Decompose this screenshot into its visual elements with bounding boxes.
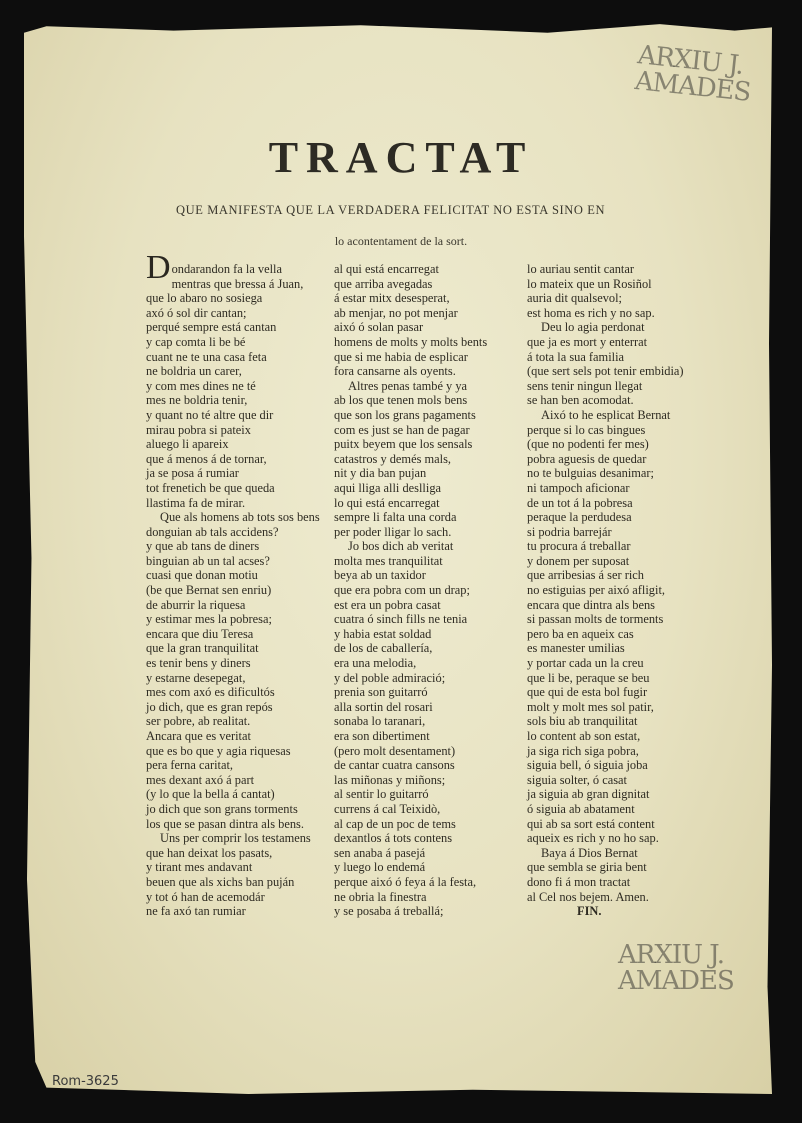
- verse-line: que arriba avegadas: [334, 277, 524, 292]
- verse-line: ni tampoch aficionar: [527, 481, 717, 496]
- verse-line: se han ben acomodat.: [527, 393, 717, 408]
- verse-line: nit y dia ban pujan: [334, 466, 524, 481]
- verse-line: que son los grans pagaments: [334, 408, 524, 423]
- verse-line: que arribesias á ser rich: [527, 568, 717, 583]
- verse-line: llastima fa de mirar.: [146, 496, 336, 511]
- verse-line: que qui de esta bol fugir: [527, 685, 717, 700]
- verse-line: pera ferna caritat,: [146, 758, 336, 773]
- verse-line: que ja es mort y enterrat: [527, 335, 717, 350]
- verse-line: ja siguia ab gran dignitat: [527, 787, 717, 802]
- verse-line: alla sortin del rosari: [334, 700, 524, 715]
- verse-line: lo content ab son estat,: [527, 729, 717, 744]
- verse-line: á estar mitx desesperat,: [334, 291, 524, 306]
- verse-line: lo auriau sentit cantar: [527, 262, 717, 277]
- verse-line: que es bo que y agia riquesas: [146, 744, 336, 759]
- stamp-line-2: AMADES: [618, 968, 734, 994]
- verse-line: mes dexant axó á part: [146, 773, 336, 788]
- verse-line: que li be, peraque se beu: [527, 671, 717, 686]
- verse-line: tot frenetich be que queda: [146, 481, 336, 496]
- verse-line: y del poble admiració;: [334, 671, 524, 686]
- verse-line: que sembla se giria bent: [527, 860, 717, 875]
- verse-line: y quant no té altre que dir: [146, 408, 336, 423]
- text-column-3: lo auriau sentit cantarlo mateix que un …: [527, 262, 717, 919]
- verse-line: si podria barrejár: [527, 525, 717, 540]
- verse-line: perque aixó ó feya á la festa,: [334, 875, 524, 890]
- verse-line: prenia son guitarró: [334, 685, 524, 700]
- verse-line: aixó ó solan pasar: [334, 320, 524, 335]
- stamp-line-1: ARXIU J.: [618, 942, 734, 968]
- verse-line: encara que dintra als bens: [527, 598, 717, 613]
- verse-line: al cap de un poc de tems: [334, 817, 524, 832]
- verse-line: Baya á Dios Bernat: [527, 846, 717, 861]
- verse-line: y habia estat soldad: [334, 627, 524, 642]
- verse-line: que á menos á de tornar,: [146, 452, 336, 467]
- verse-line: ab los que tenen mols bens: [334, 393, 524, 408]
- verse-line: ja siga rich siga pobra,: [527, 744, 717, 759]
- page-title: TRACTAT: [0, 132, 802, 183]
- verse-line: tu procura á treballar: [527, 539, 717, 554]
- verse-line: ó siguia ab abatament: [527, 802, 717, 817]
- verse-line: á tota la sua familia: [527, 350, 717, 365]
- verse-line: donguian ab tals accidens?: [146, 525, 336, 540]
- archive-stamp-top: ARXIU J. AMADES: [634, 42, 755, 106]
- verse-line: currens á cal Teixidò,: [334, 802, 524, 817]
- verse-line: Altres penas també y ya: [334, 379, 524, 394]
- verse-line: cuatra ó sinch fills ne tenia: [334, 612, 524, 627]
- verse-line: es tenir bens y diners: [146, 656, 336, 671]
- verse-line: catastros y demés mals,: [334, 452, 524, 467]
- verse-line: aluego li apareix: [146, 437, 336, 452]
- verse-line: pobra aguesis de quedar: [527, 452, 717, 467]
- verse-line: sen anaba á pasejá: [334, 846, 524, 861]
- verse-line: dono fi á mon tractat: [527, 875, 717, 890]
- verse-line: los que se pasan dintra als bens.: [146, 817, 336, 832]
- verse-line: era son dibertiment: [334, 729, 524, 744]
- archive-stamp-bottom: ARXIU J. AMADES: [618, 942, 734, 994]
- verse-line: lo qui está encarregat: [334, 496, 524, 511]
- verse-line: homens de molts y molts bents: [334, 335, 524, 350]
- verse-line: y tot ó han de acemodár: [146, 890, 336, 905]
- verse-line: ja se posa á rumiar: [146, 466, 336, 481]
- verse-line: per poder lligar lo sach.: [334, 525, 524, 540]
- verse-line: beuen que als xichs ban puján: [146, 875, 336, 890]
- verse-line: de los de caballería,: [334, 641, 524, 656]
- verse-line: lo mateix que un Rosiñol: [527, 277, 717, 292]
- verse-line: sols biu ab tranquilitat: [527, 714, 717, 729]
- drop-cap: D: [146, 254, 171, 282]
- verse-line: puitx beyem que los sensals: [334, 437, 524, 452]
- verse-line: siguia bell, ó siguia joba: [527, 758, 717, 773]
- verse-line: mentras que bressa á Juan,: [146, 277, 336, 292]
- verse-line: de un tot á la pobresa: [527, 496, 717, 511]
- verse-line: FIN.: [527, 904, 717, 919]
- text-column-2: al qui está encarregatque arriba avegada…: [334, 262, 524, 919]
- verse-line: y portar cada un la creu: [527, 656, 717, 671]
- verse-line: ab menjar, no pot menjar: [334, 306, 524, 321]
- verse-line: est era un pobra casat: [334, 598, 524, 613]
- verse-line: ser pobre, ab realitat.: [146, 714, 336, 729]
- verse-line: de aburrir la riquesa: [146, 598, 336, 613]
- verse-line: si passan molts de torments: [527, 612, 717, 627]
- catalog-number: Rom-3625: [52, 1074, 119, 1089]
- verse-line: binguian ab un tal acses?: [146, 554, 336, 569]
- verse-line: est homa es rich y no sap.: [527, 306, 717, 321]
- verse-line: encara que diu Teresa: [146, 627, 336, 642]
- verse-line: y cap comta li be bé: [146, 335, 336, 350]
- verse-line: peraque la perdudesa: [527, 510, 717, 525]
- verse-line: aqui lliga alli deslliga: [334, 481, 524, 496]
- verse-line: (be que Bernat sen enriu): [146, 583, 336, 598]
- verse-line: axó ó sol dir cantan;: [146, 306, 336, 321]
- verse-line: que si me habia de esplicar: [334, 350, 524, 365]
- verse-line: siguia solter, ó casat: [527, 773, 717, 788]
- verse-line: jo dich, que es gran repós: [146, 700, 336, 715]
- verse-line: ne boldria un carer,: [146, 364, 336, 379]
- subtitle-continued: lo acontentament de la sort.: [0, 234, 802, 249]
- verse-line: al Cel nos bejem. Amen.: [527, 890, 717, 905]
- verse-line: beya ab un taxidor: [334, 568, 524, 583]
- verse-line: Jo bos dich ab veritat: [334, 539, 524, 554]
- verse-line: dexantlos á tots contens: [334, 831, 524, 846]
- verse-line: (y lo que la bella á cantat): [146, 787, 336, 802]
- verse-line: qui ab sa sort está content: [527, 817, 717, 832]
- verse-line: ne obria la finestra: [334, 890, 524, 905]
- verse-line: y com mes dines ne té: [146, 379, 336, 394]
- text-column-1: D ondarandon fa la vellamentras que bres…: [146, 262, 336, 919]
- subtitle: QUE MANIFESTA QUE LA VERDADERA FELICITAT…: [176, 203, 716, 218]
- verse-line: ondarandon fa la vella: [172, 262, 282, 276]
- verse-line: Ancara que es veritat: [146, 729, 336, 744]
- verse-line: perque si lo cas bingues: [527, 423, 717, 438]
- verse-line: jo dich que son grans torments: [146, 802, 336, 817]
- verse-line: (que sert sels pot tenir embidia): [527, 364, 717, 379]
- verse-line: auria dit qualsevol;: [527, 291, 717, 306]
- verse-line: al qui está encarregat: [334, 262, 524, 277]
- verse-line: no te bulguias desanimar;: [527, 466, 717, 481]
- verse-line: era una melodia,: [334, 656, 524, 671]
- verse-line: y tirant mes andavant: [146, 860, 336, 875]
- verse-line: que han deixat los pasats,: [146, 846, 336, 861]
- verse-line: y estarne desepegat,: [146, 671, 336, 686]
- verse-line: ne fa axó tan rumiar: [146, 904, 336, 919]
- verse-line: que era pobra com un drap;: [334, 583, 524, 598]
- verse-line: aqueix es rich y no ho sap.: [527, 831, 717, 846]
- verse-line: Deu lo agia perdonat: [527, 320, 717, 335]
- verse-line: y se posaba á treballá;: [334, 904, 524, 919]
- verse-line: mes com axó es dificultós: [146, 685, 336, 700]
- verse-line: Que als homens ab tots sos bens: [146, 510, 336, 525]
- verse-line: y estimar mes la pobresa;: [146, 612, 336, 627]
- verse-line: cuant ne te una casa feta: [146, 350, 336, 365]
- verse-line: Uns per comprir los testamens: [146, 831, 336, 846]
- verse-line: com es just se han de pagar: [334, 423, 524, 438]
- verse-line: sens tenir ningun llegat: [527, 379, 717, 394]
- verse-line: que la gran tranquilitat: [146, 641, 336, 656]
- verse-line: perqué sempre está cantan: [146, 320, 336, 335]
- verse-line: y luego lo endemá: [334, 860, 524, 875]
- verse-line: mirau pobra si pateix: [146, 423, 336, 438]
- verse-line: molta mes tranquilitat: [334, 554, 524, 569]
- verse-line: y que ab tans de diners: [146, 539, 336, 554]
- verse-line: que lo abaro no sosiega: [146, 291, 336, 306]
- verse-line: al sentir lo guitarró: [334, 787, 524, 802]
- verse-line: (que no podenti fer mes): [527, 437, 717, 452]
- verse-line: mes ne boldria tenir,: [146, 393, 336, 408]
- verse-line: sonaba lo taranari,: [334, 714, 524, 729]
- verse-line: las miñonas y miñons;: [334, 773, 524, 788]
- verse-line: pero ba en aqueix cas: [527, 627, 717, 642]
- verse-line: molt y molt mes sol patir,: [527, 700, 717, 715]
- verse-line: es manester umilias: [527, 641, 717, 656]
- verse-line: Aixó to he esplicat Bernat: [527, 408, 717, 423]
- verse-line: no estiguias per aixó afligit,: [527, 583, 717, 598]
- verse-line: cuasi que donan motiu: [146, 568, 336, 583]
- verse-line: (pero molt desentament): [334, 744, 524, 759]
- verse-line: fora cansarne als oyents.: [334, 364, 524, 379]
- verse-line: de cantar cuatra cansons: [334, 758, 524, 773]
- verse-line: sempre li falta una corda: [334, 510, 524, 525]
- verse-line: y donem per suposat: [527, 554, 717, 569]
